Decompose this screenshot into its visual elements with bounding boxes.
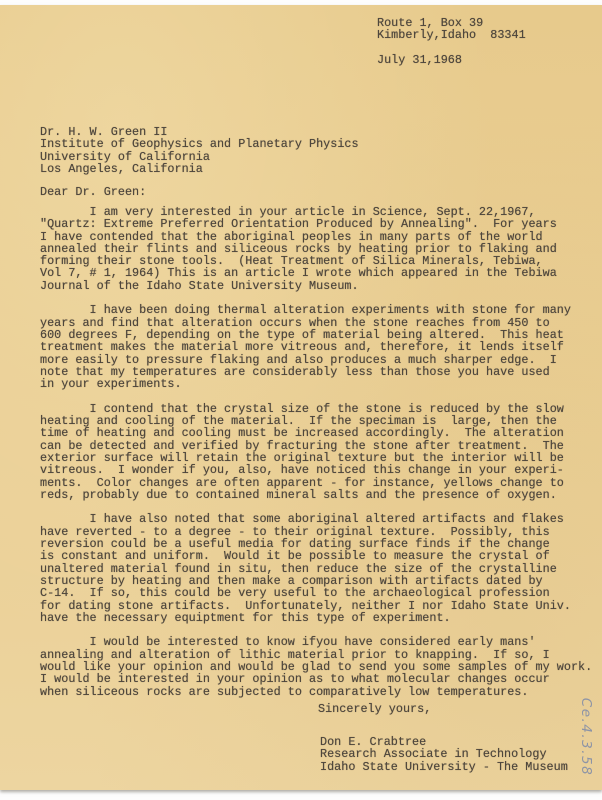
- salutation: Dear Dr. Green:: [40, 186, 146, 198]
- signature-block: Don E. Crabtree Research Associate in Te…: [320, 736, 568, 773]
- recipient-address: Dr. H. W. Green II Institute of Geophysi…: [40, 126, 359, 175]
- return-address: Route 1, Box 39 Kimberly,Idaho 83341 Jul…: [377, 17, 526, 66]
- letter-paper: Route 1, Box 39 Kimberly,Idaho 83341 Jul…: [0, 5, 602, 790]
- letter-scan: Route 1, Box 39 Kimberly,Idaho 83341 Jul…: [0, 0, 602, 800]
- catalog-number-annotation: Ce.4.3.58: [578, 698, 594, 776]
- closing: Sincerely yours,: [318, 703, 431, 715]
- letter-body: I am very interested in your article in …: [40, 206, 592, 698]
